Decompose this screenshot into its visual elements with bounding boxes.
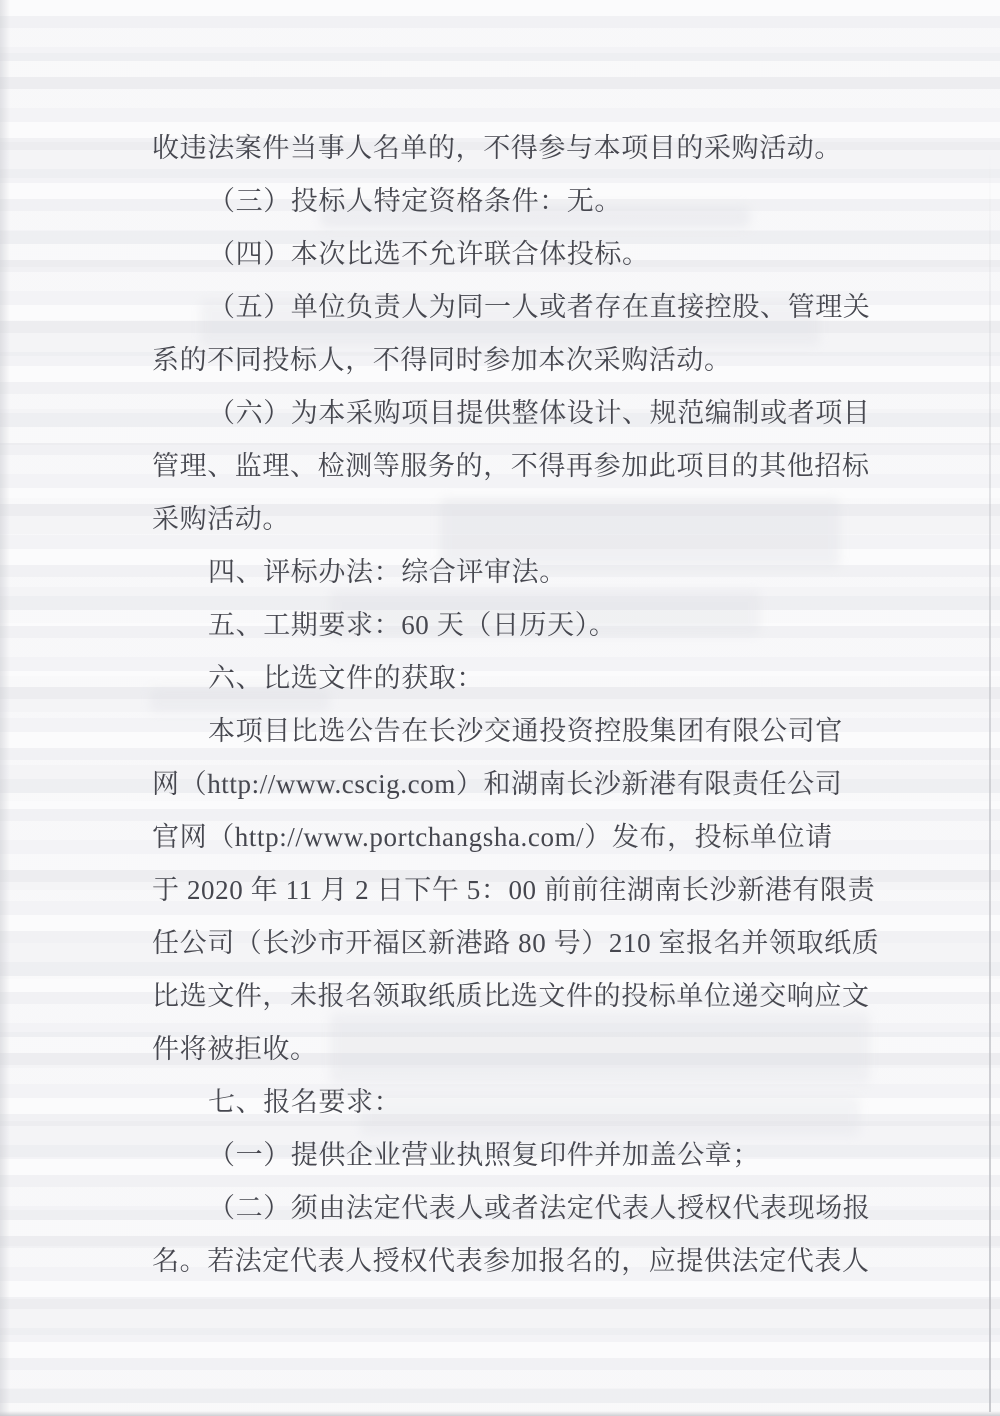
text-line: 任公司（长沙市开福区新港路 80 号）210 室报名并领取纸质 <box>152 917 892 970</box>
text-line: （三）投标人特定资格条件：无。 <box>152 175 892 228</box>
text-line: 五、工期要求：60 天（日历天）。 <box>152 599 892 652</box>
page-edge-left <box>0 0 10 1416</box>
text-line: （六）为本采购项目提供整体设计、规范编制或者项目 <box>152 387 892 440</box>
text-line: （四）本次比选不允许联合体投标。 <box>152 228 892 281</box>
text-line: （五）单位负责人为同一人或者存在直接控股、管理关 <box>152 281 892 334</box>
text-line: 管理、监理、检测等服务的，不得再参加此项目的其他招标 <box>152 440 892 493</box>
text-line: 件将被拒收。 <box>152 1023 892 1076</box>
page-edge-bottom <box>0 1411 1000 1416</box>
page-edge-right <box>989 150 991 1412</box>
scanned-page: 收违法案件当事人名单的，不得参与本项目的采购活动。 （三）投标人特定资格条件：无… <box>0 0 1000 1416</box>
text-line: 采购活动。 <box>152 493 892 546</box>
text-line: 七、报名要求： <box>152 1076 892 1129</box>
text-line: 名。若法定代表人授权代表参加报名的，应提供法定代表人 <box>152 1235 892 1288</box>
text-line: 官网（http://www.portchangsha.com/）发布，投标单位请 <box>152 811 892 864</box>
text-line: 收违法案件当事人名单的，不得参与本项目的采购活动。 <box>152 122 892 175</box>
text-line: 于 2020 年 11 月 2 日下午 5：00 前前往湖南长沙新港有限责 <box>152 864 892 917</box>
text-line: 比选文件，未报名领取纸质比选文件的投标单位递交响应文 <box>152 970 892 1023</box>
text-line: 六、比选文件的获取： <box>152 652 892 705</box>
text-line: 四、评标办法：综合评审法。 <box>152 546 892 599</box>
text-line: 本项目比选公告在长沙交通投资控股集团有限公司官 <box>152 705 892 758</box>
document-text: 收违法案件当事人名单的，不得参与本项目的采购活动。 （三）投标人特定资格条件：无… <box>152 122 892 1288</box>
text-line: 网（http://www.cscig.com）和湖南长沙新港有限责任公司 <box>152 758 892 811</box>
text-line: 系的不同投标人，不得同时参加本次采购活动。 <box>152 334 892 387</box>
text-line: （二）须由法定代表人或者法定代表人授权代表现场报 <box>152 1182 892 1235</box>
text-line: （一）提供企业营业执照复印件并加盖公章； <box>152 1129 892 1182</box>
